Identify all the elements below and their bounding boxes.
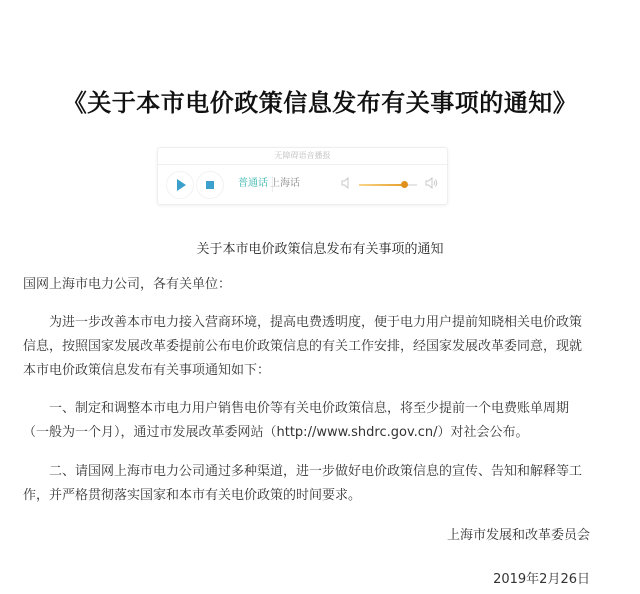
paragraph-intro: 为进一步改善本市电力接入营商环境，提高电费透明度，便于电力用户提前知晓相关电价政…	[23, 311, 593, 383]
paragraph-item-1: 一、制定和调整本市电力用户销售电价等有关电价政策信息，将至少提前一个电费账单周期…	[23, 397, 593, 445]
signatory: 上海市发展和改革委员会	[447, 524, 590, 543]
volume-high-icon[interactable]	[425, 177, 439, 191]
volume-slider-thumb[interactable]	[401, 181, 408, 188]
volume-slider[interactable]	[359, 184, 417, 186]
language-shanghainese-tab[interactable]: 上海话	[266, 176, 304, 192]
notice-heading: 关于本市电价政策信息发布有关事项的通知	[0, 240, 640, 260]
audio-player: 无障碍语音播报 普通话 上海话	[157, 147, 448, 205]
play-button[interactable]	[166, 171, 194, 199]
stop-button[interactable]	[196, 171, 224, 199]
page-title: 《关于本市电价政策信息发布有关事项的通知》	[60, 82, 580, 124]
play-icon	[177, 179, 186, 191]
salutation: 国网上海市电力公司，各有关单位：	[23, 273, 593, 297]
volume-slider-fill	[359, 184, 404, 186]
volume-low-icon[interactable]	[341, 177, 353, 191]
issue-date: 2019年2月26日	[493, 568, 590, 587]
audio-player-header: 无障碍语音播报	[158, 148, 447, 165]
stop-icon	[206, 181, 214, 189]
paragraph-item-2: 二、请国网上海市电力公司通过多种渠道，进一步做好电价政策信息的宣传、告知和解释等…	[23, 460, 593, 508]
audio-player-controls: 普通话 上海话	[158, 165, 447, 204]
